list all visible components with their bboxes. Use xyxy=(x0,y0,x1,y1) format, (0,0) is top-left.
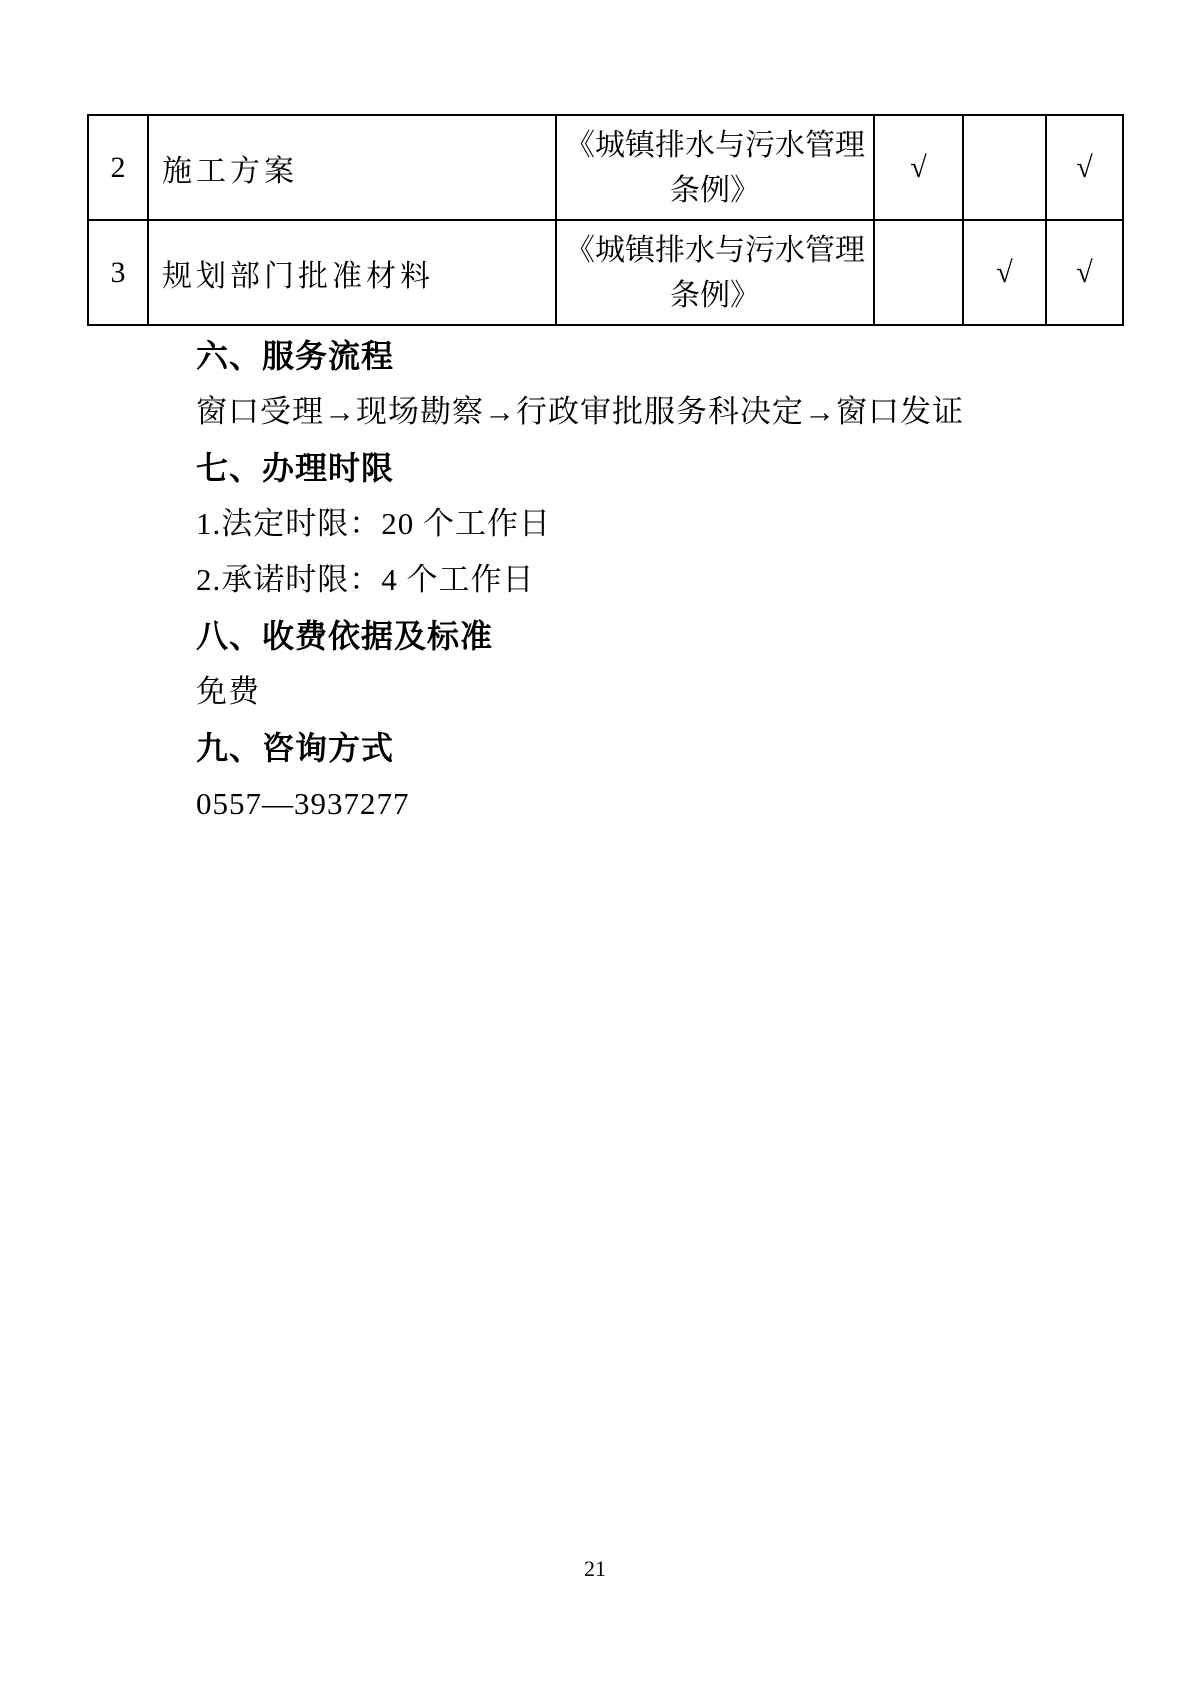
cell-seq: 2 xyxy=(88,115,148,220)
section-heading-consultation: 九、咨询方式 xyxy=(196,720,1130,776)
cell-legal-basis: 《城镇排水与污水管理条例》 xyxy=(556,220,874,325)
section-heading-time-limit: 七、办理时限 xyxy=(196,440,1130,496)
cell-seq: 3 xyxy=(88,220,148,325)
cell-checkmark-2: √ xyxy=(963,220,1046,325)
fee-free-text: 免费 xyxy=(196,664,1130,720)
consultation-phone-number: 0557—3937277 xyxy=(196,776,1130,832)
table-row: 2 施工方案 《城镇排水与污水管理条例》 √ √ xyxy=(88,115,1123,220)
cell-checkmark-3: √ xyxy=(1046,115,1123,220)
document-page: 2 施工方案 《城镇排水与污水管理条例》 √ √ 3 规划部门批准材料 《城镇排… xyxy=(0,0,1190,1684)
materials-table: 2 施工方案 《城镇排水与污水管理条例》 √ √ 3 规划部门批准材料 《城镇排… xyxy=(87,114,1124,326)
cell-checkmark-3: √ xyxy=(1046,220,1123,325)
cell-material-name: 施工方案 xyxy=(148,115,556,220)
cell-checkmark-2 xyxy=(963,115,1046,220)
statutory-time-limit: 1.法定时限：20 个工作日 xyxy=(196,496,1130,552)
section-heading-service-process: 六、服务流程 xyxy=(196,328,1130,384)
cell-checkmark-1: √ xyxy=(874,115,963,220)
page-number: 21 xyxy=(0,1556,1190,1582)
cell-checkmark-1 xyxy=(874,220,963,325)
cell-legal-basis: 《城镇排水与污水管理条例》 xyxy=(556,115,874,220)
table-row: 3 规划部门批准材料 《城镇排水与污水管理条例》 √ √ xyxy=(88,220,1123,325)
promised-time-limit: 2.承诺时限：4 个工作日 xyxy=(196,552,1130,608)
service-process-flow: 窗口受理→现场勘察→行政审批服务科决定→窗口发证 xyxy=(196,384,1130,440)
section-heading-fee-standard: 八、收费依据及标准 xyxy=(196,608,1130,664)
cell-material-name: 规划部门批准材料 xyxy=(148,220,556,325)
document-body: 六、服务流程 窗口受理→现场勘察→行政审批服务科决定→窗口发证 七、办理时限 1… xyxy=(196,328,1130,832)
